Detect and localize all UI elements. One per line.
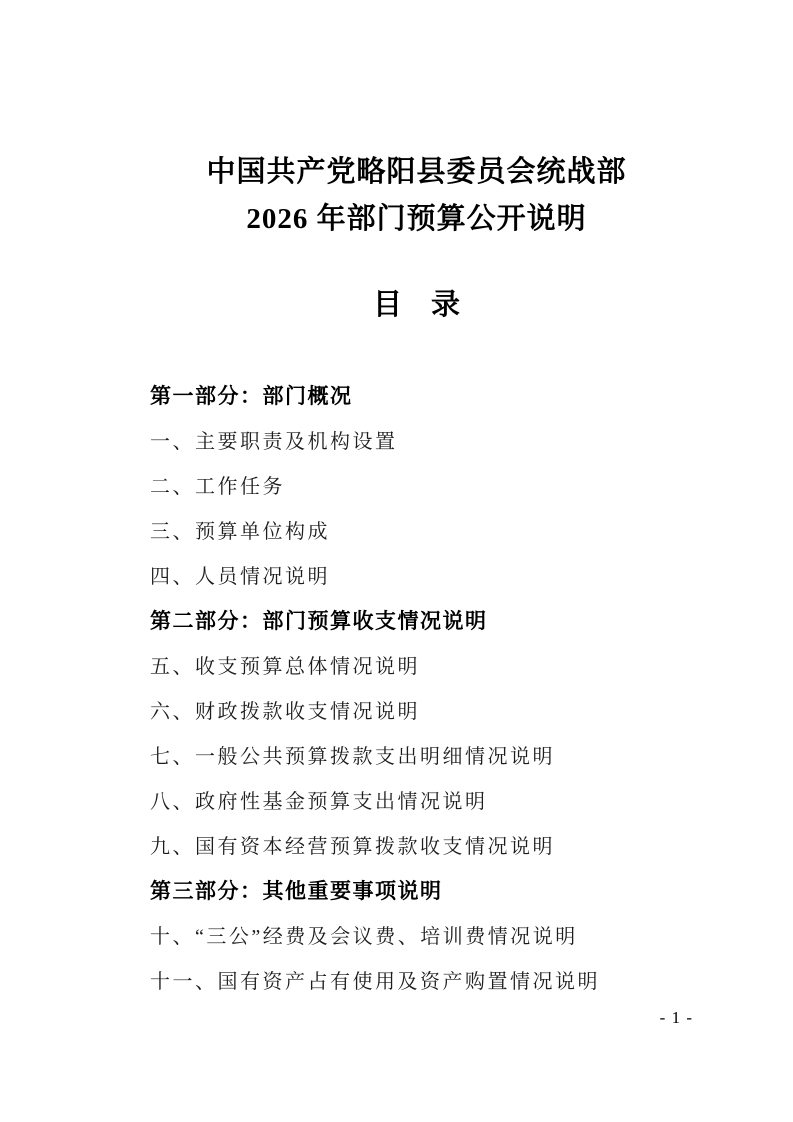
toc-heading: 目 录 (150, 284, 683, 326)
toc-item: 十、“三公”经费及会议费、培训费情况说明 (150, 912, 683, 957)
toc-item: 五、收支预算总体情况说明 (150, 642, 683, 687)
toc-item: 七、一般公共预算拨款支出明细情况说明 (150, 732, 683, 777)
page-number: - 1 - (660, 1008, 693, 1028)
toc-section-heading: 第二部分：部门预算收支情况说明 (150, 597, 683, 642)
toc-item: 三、预算单位构成 (150, 507, 683, 552)
document-page: 中国共产党略阳县委员会统战部 2026 年部门预算公开说明 目 录 第一部分：部… (0, 0, 793, 1122)
toc-section-heading: 第一部分：部门概况 (150, 372, 683, 417)
document-content: 中国共产党略阳县委员会统战部 2026 年部门预算公开说明 目 录 第一部分：部… (150, 0, 683, 1002)
toc-list: 第一部分：部门概况一、主要职责及机构设置二、工作任务三、预算单位构成四、人员情况… (150, 372, 683, 1002)
toc-item: 八、政府性基金预算支出情况说明 (150, 777, 683, 822)
toc-item: 四、人员情况说明 (150, 552, 683, 597)
document-title-line2: 2026 年部门预算公开说明 (150, 196, 683, 243)
toc-item: 十一、国有资产占有使用及资产购置情况说明 (150, 957, 683, 1002)
toc-item: 一、主要职责及机构设置 (150, 417, 683, 462)
toc-section-heading: 第三部分：其他重要事项说明 (150, 867, 683, 912)
toc-item: 六、财政拨款收支情况说明 (150, 687, 683, 732)
document-title: 中国共产党略阳县委员会统战部 2026 年部门预算公开说明 (150, 149, 683, 243)
document-title-line1: 中国共产党略阳县委员会统战部 (150, 149, 683, 196)
toc-item: 二、工作任务 (150, 462, 683, 507)
toc-item: 九、国有资本经营预算拨款收支情况说明 (150, 822, 683, 867)
